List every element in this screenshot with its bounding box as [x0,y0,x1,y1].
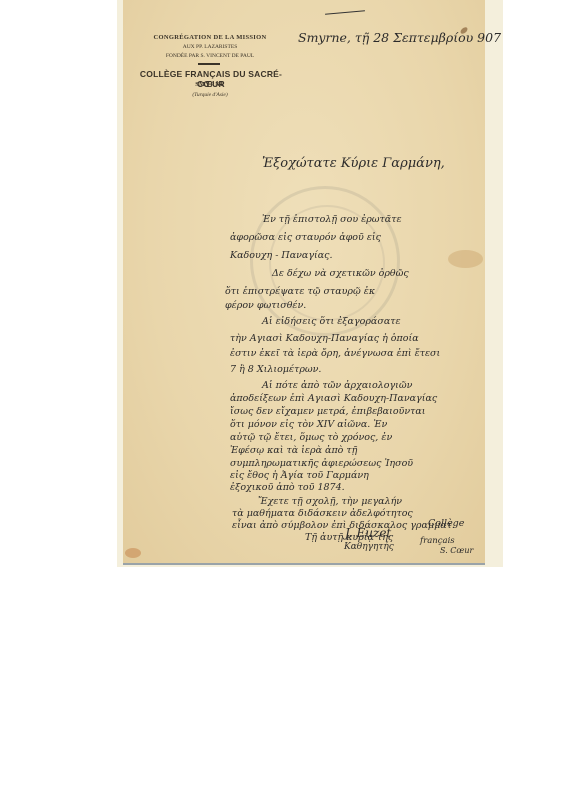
signature-institution: S. Cœur [440,546,473,555]
body-line: αὐτῷ τῷ ἔτει, ὅμως τὸ χρόνος, ἐν [230,432,392,443]
date-line: Smyrne, τῇ 28 Σεπτεμβρίου 907 [298,30,501,45]
water-stain [448,250,483,268]
body-line: Ἐν τῇ ἐπιστολῇ σου ἐρωτᾶτε [262,214,402,225]
letterhead-congregation: CONGRÉGATION DE LA MISSION [140,34,280,41]
body-line: Αἱ πότε ἀπὸ τῶν ἀρχαιολογιῶν [262,380,412,391]
signature-name: J. Euzet [345,526,391,540]
body-line: ἀποδείξεων ἐπὶ Αγιασὶ Καδουχη-Παναγίας [230,393,437,404]
body-line: Αἱ εἰδήσεις ὅτι ἐξαγοράσατε [262,316,401,327]
letterhead-city: SMYRNE [140,82,280,88]
body-line: ὅτι μόνον εἰς τὸν XIV αἰῶνα. Ἐν [230,419,387,430]
letterhead-lazaristes: AUX PP. LAZARISTES [140,44,280,50]
body-line: τὴν Αγιασὶ Καδουχη-Παναγίας ἡ ὁποία [230,333,419,344]
body-line: ἴσως δεν εἴχαμεν μετρά, ἐπιβεβαιοῦνται [230,406,426,417]
signature-institution: Collège [428,518,464,529]
letterhead-divider [198,63,220,65]
body-line: εἶναι ἀπὸ σύμβολον ἐπὶ διδάσκαλος γραμμα… [232,520,455,531]
body-line: τὰ μαθήματα διδάσκειν ἀδελφότητος [232,508,413,519]
body-line: ὅτι ἐπιστρέψατε τῷ σταυρῷ ἐκ [225,286,375,297]
body-line: ἐστιν ἐκεῖ τὰ ἱερὰ ὄρη, ἀνέγνωσα ἐπὶ ἔτε… [230,348,440,359]
body-line: εἰς ἔθος ἡ Ἀγία τοῦ Γαρμάνη [230,470,369,481]
letterhead-country: (Turquie d'Asie) [140,92,280,98]
body-line: 7 ἢ 8 Χιλιομέτρων. [230,364,321,375]
body-line: Ἐφέσῳ καὶ τὰ ἱερὰ ἀπὸ τῇ [230,445,357,456]
body-line: φέρον φωτισθέν. [225,300,306,311]
corner-stain [125,548,141,558]
archive-stamp [250,186,400,336]
body-line: συμπληρωματικῆς ἀφιερώσεως Ἰησοῦ [230,458,413,469]
body-line: ἀφορῶσα εἰς σταυρόν ἀφοῦ εἰς [230,232,381,243]
signature-title: Καθηγητής [344,542,394,552]
body-line: Ἔχετε τῇ σχολῇ, τὴν μεγαλήν [258,496,402,507]
body-line: Δε δέχω νὰ σχετικῶν ὀρθῶς [272,268,409,279]
body-line: ἐξοχικοῦ ἀπὸ τοῦ 1874. [230,482,345,493]
salutation: Ἐξοχώτατε Κύριε Γαρμάνη, [262,156,445,171]
body-line: Καδουχη - Παναγίας. [230,250,332,261]
letterhead-founder: FONDÉE PAR S. VINCENT DE PAUL [140,53,280,59]
signature-institution: français [420,536,455,546]
